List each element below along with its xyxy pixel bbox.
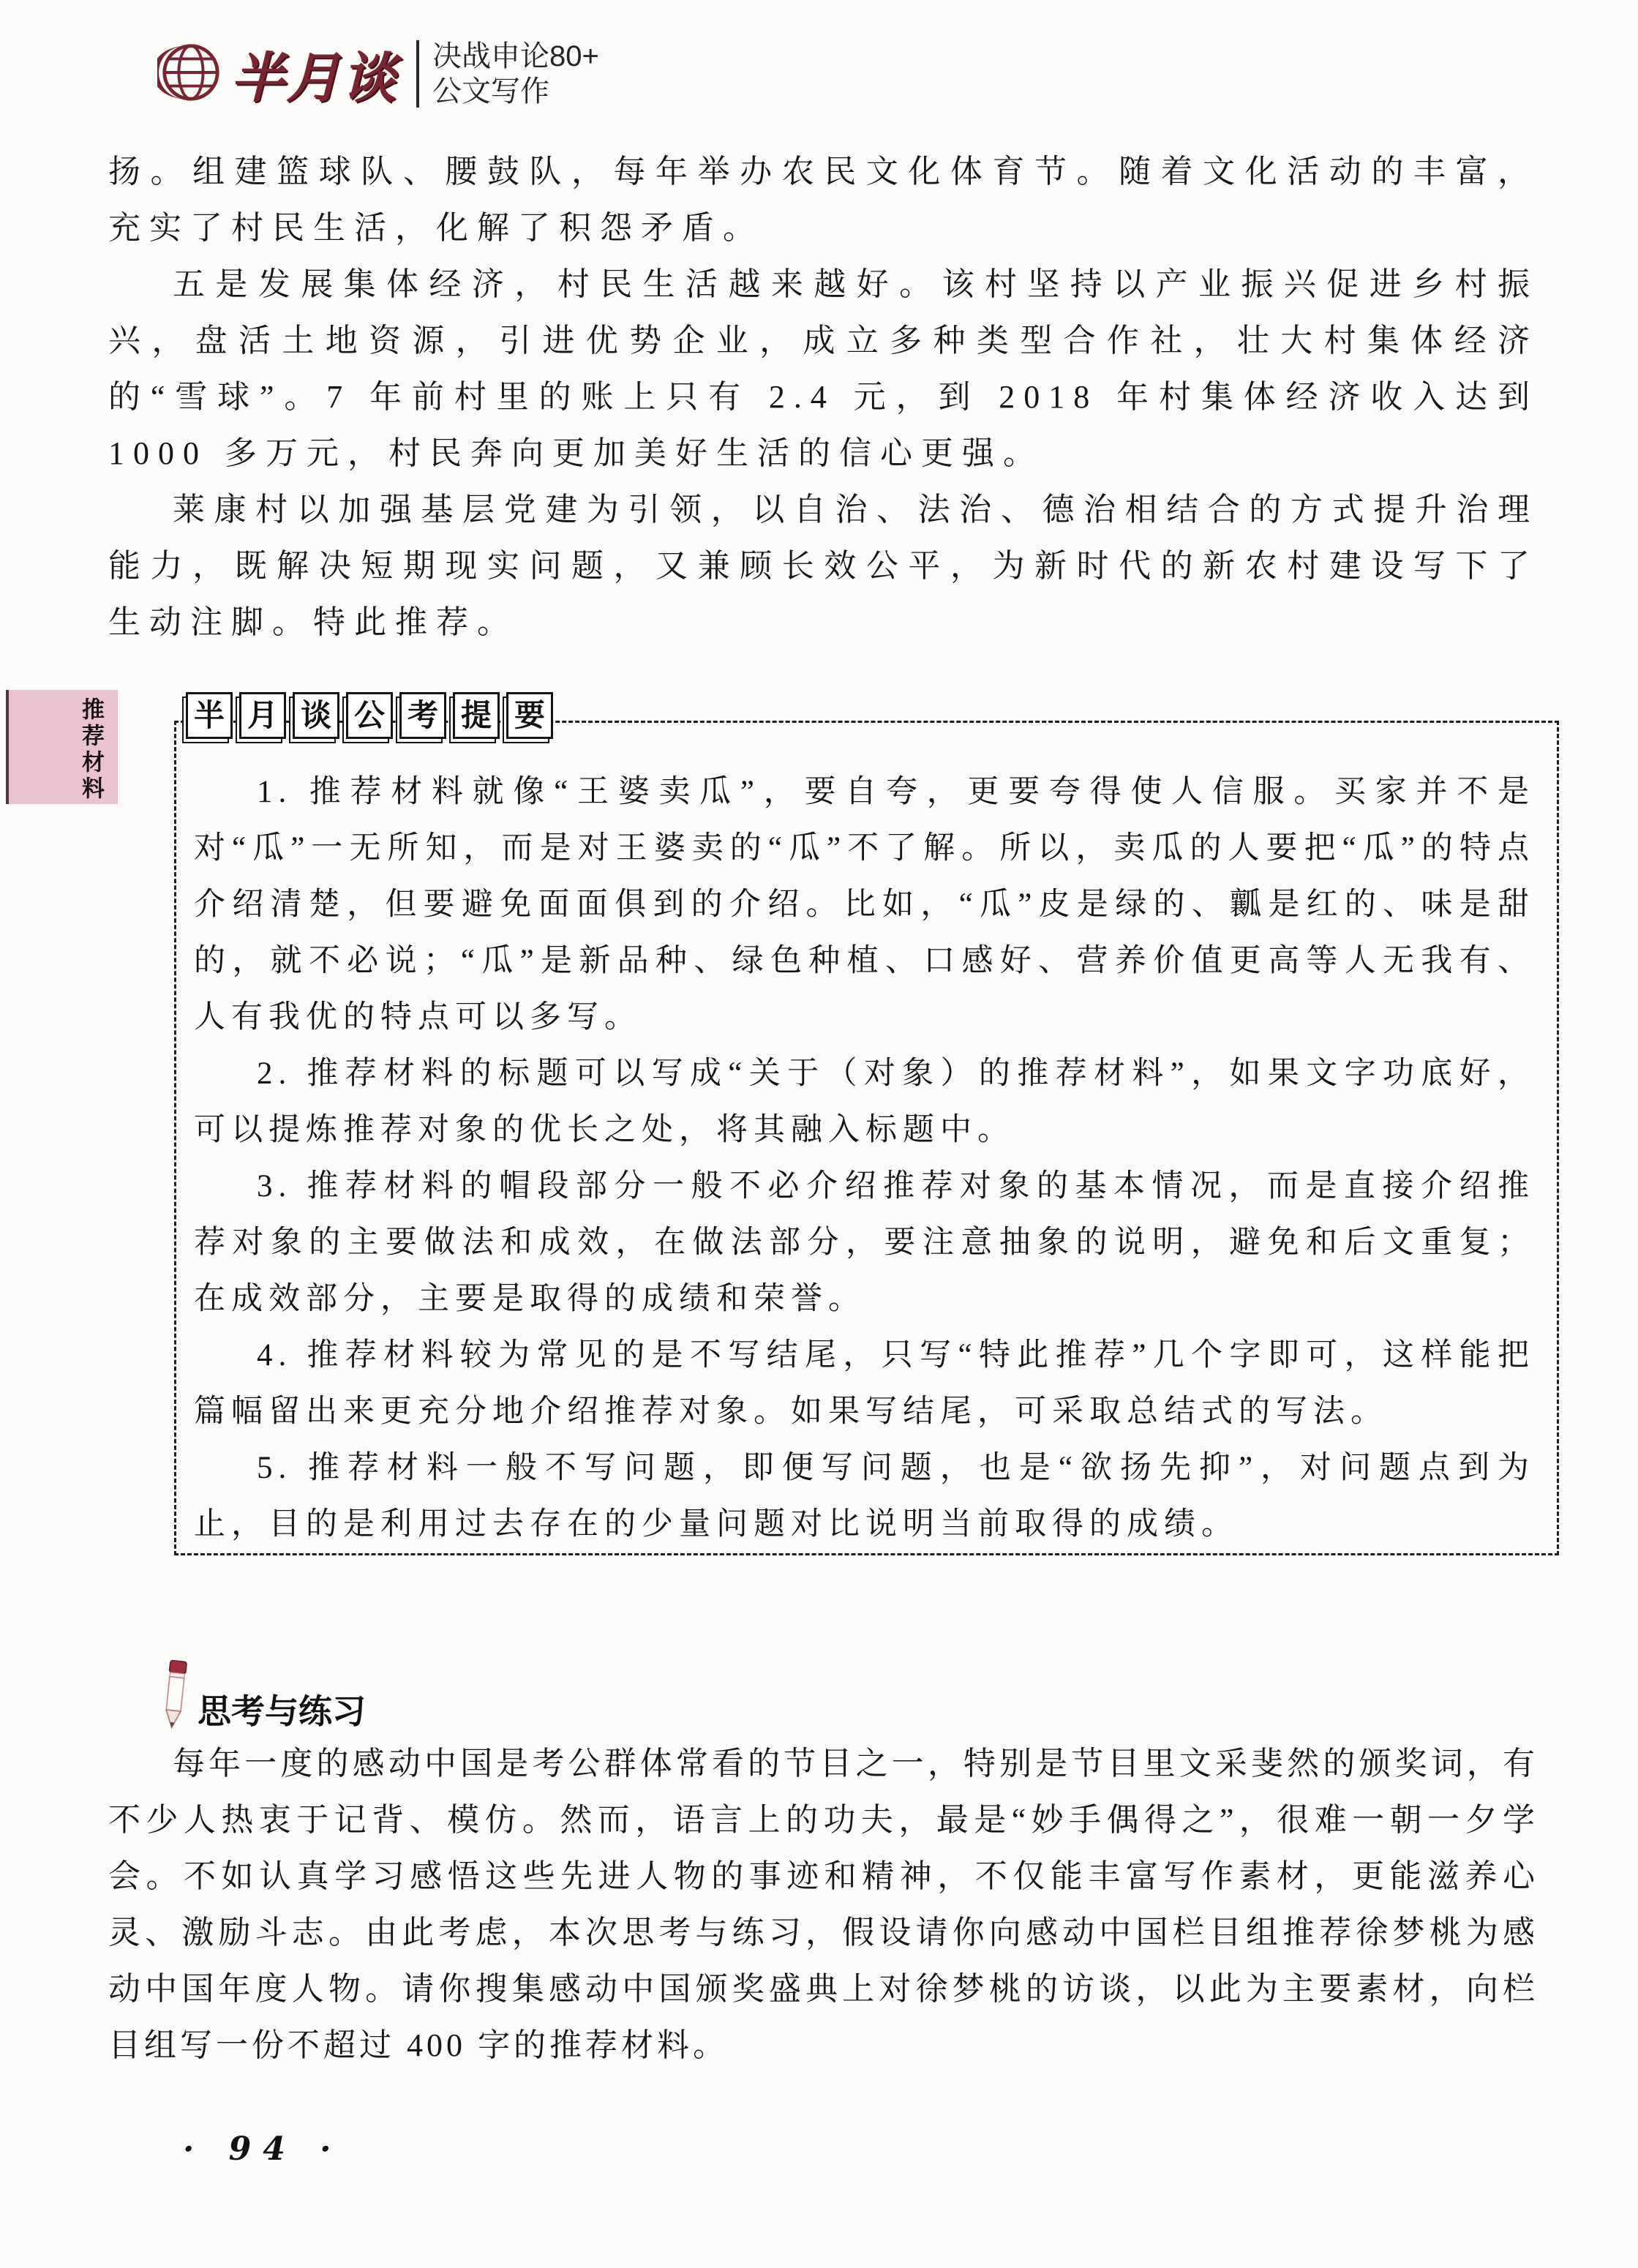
body-paragraph: 五是发展集体经济，村民生活越来越好。该村坚持以产业振兴促进乡村振兴，盘活土地资源… [108,256,1539,481]
summary-item: 2. 推荐材料的标题可以写成“关于（对象）的推荐材料”，如果文字功底好，可以提炼… [194,1045,1535,1158]
series-title: 决战申论80+ [432,39,599,74]
sidebar-tab-recommendation-material: 推荐材料 [6,690,118,804]
page-number: · 94 · [183,2130,343,2168]
summary-box-title-char: 半 [186,692,233,739]
globe-icon [157,40,222,108]
body-paragraph: 莱康村以加强基层党建为引领，以自治、法治、德治相结合的方式提升治理能力，既解决短… [108,481,1539,650]
exercise-section-heading: 思考与练习 [155,1659,366,1733]
exercise-body: 每年一度的感动中国是考公群体常看的节目之一，特别是节目里文采斐然的颁奖词，有不少… [108,1735,1539,2073]
main-text-column: 扬。组建篮球队、腰鼓队，每年举办农民文化体育节。随着文化活动的丰富，充实了村民生… [108,143,1539,650]
summary-box-title-char: 要 [506,692,553,739]
summary-box-title-char: 公 [346,692,393,739]
summary-box-title-char: 提 [453,692,500,739]
summary-box-title-char: 考 [399,692,446,739]
brand-logo-text: 半月谈 [230,35,397,113]
series-subtitle: 公文写作 [432,74,599,109]
summary-box: 1. 推荐材料就像“王婆卖瓜”，要自夸，更要夸得使人信服。买家并不是对“瓜”一无… [174,721,1559,1555]
page-header: 半月谈 决战申论80+ 公文写作 [157,35,599,113]
summary-item: 5. 推荐材料一般不写问题，即便写问题，也是“欲扬先抑”，对问题点到为止，目的是… [194,1440,1535,1552]
header-divider [416,40,419,108]
summary-item: 3. 推荐材料的帽段部分一般不必介绍推荐对象的基本情况，而是直接介绍推荐对象的主… [194,1158,1535,1327]
summary-box-title-char: 谈 [293,692,339,739]
sidebar-tab-label: 推荐材料 [75,697,108,803]
body-paragraph: 扬。组建篮球队、腰鼓队，每年举办农民文化体育节。随着文化活动的丰富，充实了村民生… [108,143,1539,256]
summary-item: 4. 推荐材料较为常见的是不写结尾，只写“特此推荐”几个字即可，这样能把篇幅留出… [194,1327,1535,1440]
summary-box-title-char: 月 [239,692,286,739]
pencil-icon [155,1659,198,1733]
exercise-heading-text: 思考与练习 [198,1692,366,1730]
summary-box-title: 半月谈公考提要 [186,692,560,739]
exercise-paragraph: 每年一度的感动中国是考公群体常看的节目之一，特别是节目里文采斐然的颁奖词，有不少… [108,1735,1539,2073]
summary-item: 1. 推荐材料就像“王婆卖瓜”，要自夸，更要夸得使人信服。买家并不是对“瓜”一无… [194,764,1535,1045]
